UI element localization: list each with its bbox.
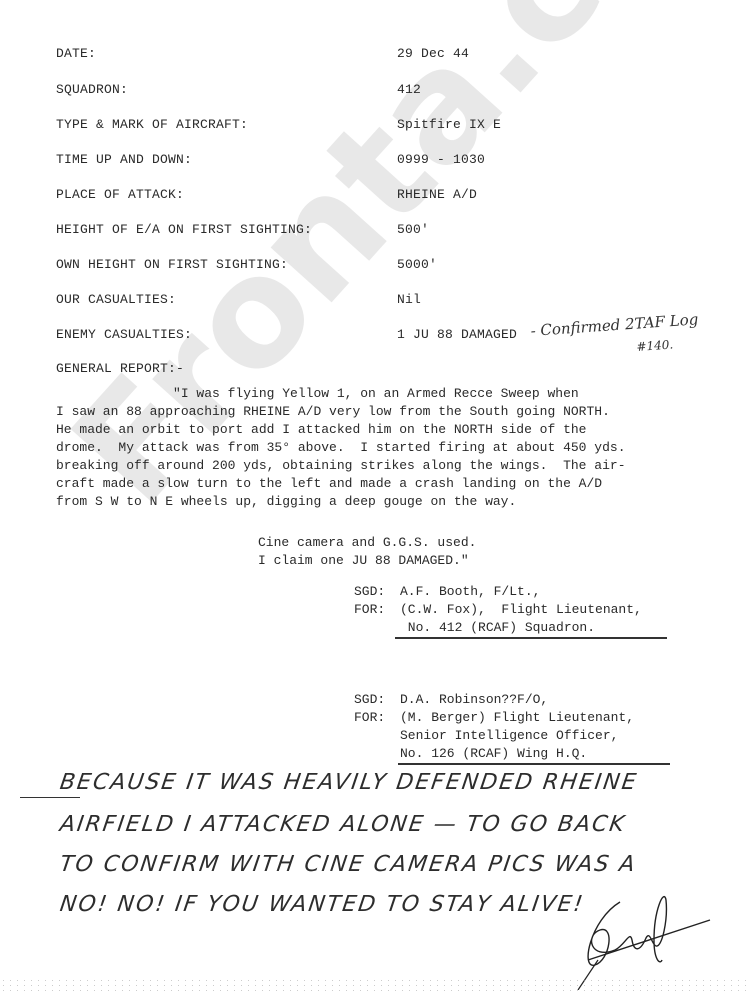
general-report-label: GENERAL REPORT:-: [56, 361, 184, 376]
handwritten-note-line-1: BECAUSE IT WAS HEAVILY DEFENDED RHEINE: [58, 770, 639, 795]
field-label-our-casualties: OUR CASUALTIES:: [56, 292, 176, 307]
sgd-label: SGD:: [354, 691, 400, 709]
field-label-date: DATE:: [56, 46, 96, 61]
field-value-time: 0999 - 1030: [397, 152, 485, 167]
field-label-enemy-casualties: ENEMY CASUALTIES:: [56, 327, 192, 342]
signed-by: D.A. Robinson??F/O,: [400, 691, 548, 709]
field-label-ea-height: HEIGHT OF E/A ON FIRST SIGHTING:: [56, 222, 312, 237]
handwritten-note-line-2: AIRFIELD I ATTACKED ALONE — TO GO BACK: [58, 812, 627, 837]
field-label-squadron: SQUADRON:: [56, 82, 128, 97]
signed-for-unit: No. 412 (RCAF) Squadron.: [400, 619, 595, 637]
sgd-label: SGD:: [354, 583, 400, 601]
scan-noise: [0, 978, 750, 992]
for-label: FOR:: [354, 601, 400, 619]
signature-underline: [398, 763, 670, 765]
field-value-ea-height: 500': [397, 222, 429, 237]
signature-block-wing: SGD: D.A. Robinson??F/O, FOR: (M. Berger…: [354, 691, 634, 763]
field-label-aircraft: TYPE & MARK OF AIRCRAFT:: [56, 117, 248, 132]
signed-for-name: (M. Berger) Flight Lieutenant,: [400, 709, 634, 727]
general-report-text: "I was flying Yellow 1, on an Armed Recc…: [56, 385, 736, 511]
field-label-place: PLACE OF ATTACK:: [56, 187, 184, 202]
signature-block-squadron: SGD: A.F. Booth, F/Lt., FOR: (C.W. Fox),…: [354, 583, 642, 637]
signed-for-name: (C.W. Fox), Flight Lieutenant,: [400, 601, 642, 619]
field-value-date: 29 Dec 44: [397, 46, 469, 61]
signed-for-unit: No. 126 (RCAF) Wing H.Q.: [400, 745, 587, 763]
field-value-own-height: 5000': [397, 257, 437, 272]
handwritten-note-line-4: NO! NO! IF YOU WANTED TO STAY ALIVE!: [58, 892, 586, 917]
for-label: FOR:: [354, 709, 400, 727]
field-label-own-height: OWN HEIGHT ON FIRST SIGHTING:: [56, 257, 288, 272]
signature-underline: [395, 637, 667, 639]
handwritten-annotation-log-number: #140.: [636, 337, 674, 354]
handwritten-annotation-confirmed: - Confirmed 2TAF Log: [530, 310, 699, 340]
signed-for-title: Senior Intelligence Officer,: [400, 727, 618, 745]
handwritten-underline: [20, 797, 80, 798]
handwritten-note-line-3: TO CONFIRM WITH CINE CAMERA PICS WAS A: [58, 852, 638, 877]
field-value-place: RHEINE A/D: [397, 187, 477, 202]
document-page: Fronta.cz DATE: 29 Dec 44 SQUADRON: 412 …: [0, 0, 750, 996]
field-value-our-casualties: Nil: [397, 292, 421, 307]
handwritten-signature: [570, 890, 730, 990]
field-value-aircraft: Spitfire IX E: [397, 117, 501, 132]
field-label-time: TIME UP AND DOWN:: [56, 152, 192, 167]
signed-by: A.F. Booth, F/Lt.,: [400, 583, 540, 601]
field-value-squadron: 412: [397, 82, 421, 97]
field-value-enemy-casualties: 1 JU 88 DAMAGED: [397, 327, 517, 342]
report-closing: Cine camera and G.G.S. used. I claim one…: [258, 534, 476, 570]
